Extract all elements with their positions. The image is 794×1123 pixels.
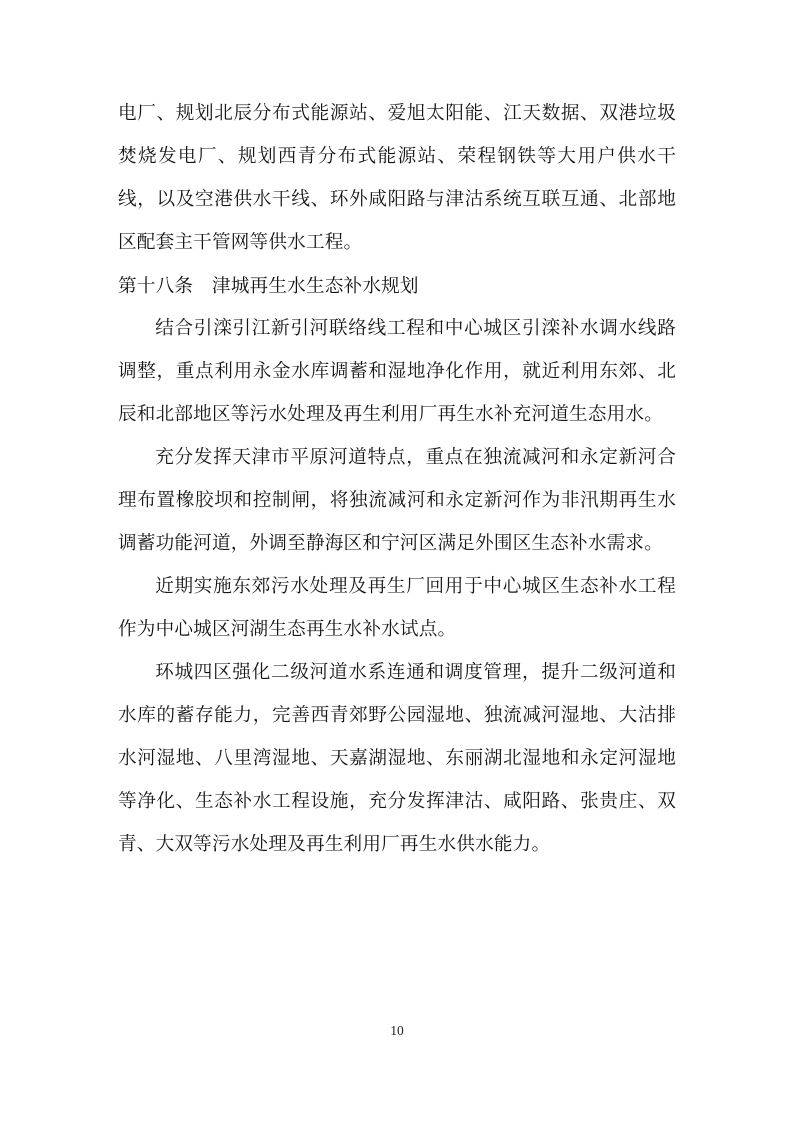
- document-body: 电厂、规划北辰分布式能源站、爱旭太阳能、江天数据、双港垃圾焚烧发电厂、规划西青分…: [118, 92, 676, 866]
- document-page: 电厂、规划北辰分布式能源站、爱旭太阳能、江天数据、双港垃圾焚烧发电厂、规划西青分…: [0, 0, 794, 1123]
- paragraph-yinluan-yinjiang: 结合引滦引江新引河联络线工程和中心城区引滦补水调水线路调整，重点利用永金水库调蓄…: [118, 307, 676, 436]
- page-number: 10: [0, 1023, 794, 1039]
- paragraph-plain-river-channels: 充分发挥天津市平原河道特点，重点在独流减河和永定新河合理布置橡胶坝和控制闸，将独…: [118, 436, 676, 565]
- paragraph-four-ring-districts: 环城四区强化二级河道水系连通和调度管理，提升二级河道和水库的蓄存能力，完善西青郊…: [118, 651, 676, 866]
- paragraph-dongjiao-pilot: 近期实施东郊污水处理及再生厂回用于中心城区生态补水工程作为中心城区河湖生态再生水…: [118, 565, 676, 651]
- section-heading-article-18: 第十八条 津城再生水生态补水规划: [118, 264, 676, 307]
- paragraph-water-supply-projects: 电厂、规划北辰分布式能源站、爱旭太阳能、江天数据、双港垃圾焚烧发电厂、规划西青分…: [118, 92, 676, 264]
